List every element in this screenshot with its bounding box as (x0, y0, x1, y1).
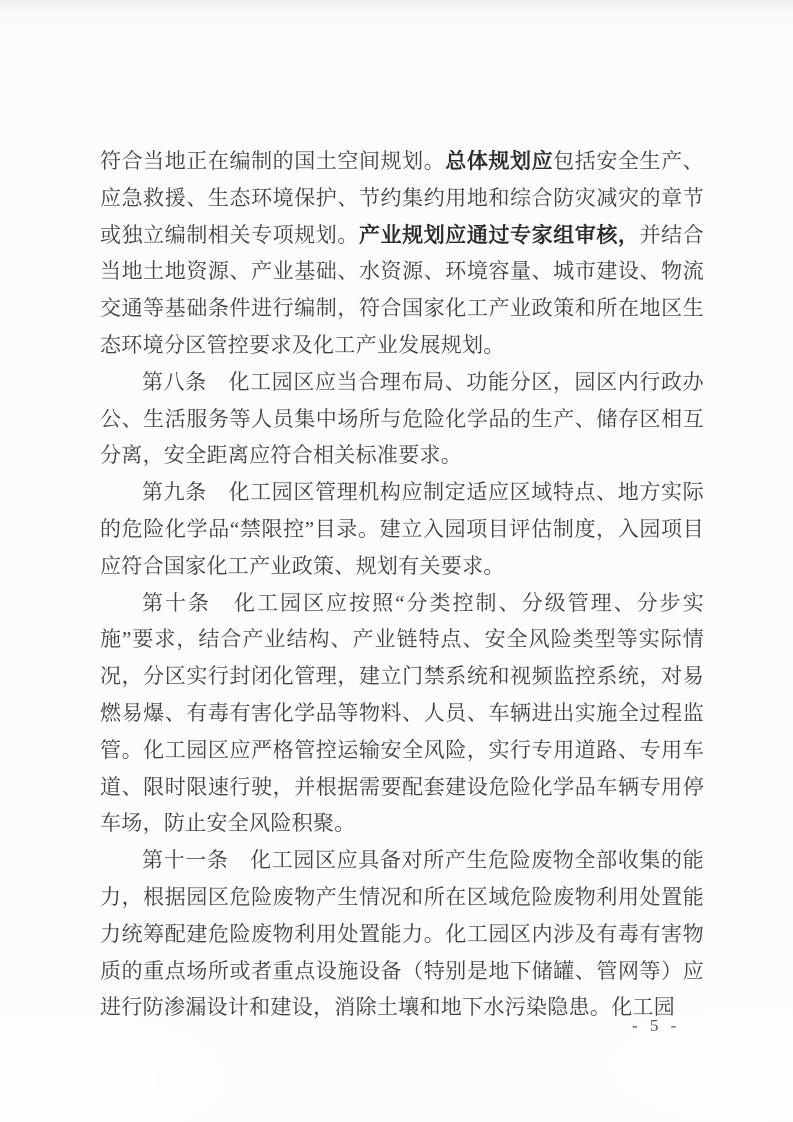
text-segment: 第八条 化工园区应当合理布局、功能分区，园区内行政办公、生活服务等人员集中场所与… (100, 370, 704, 468)
paragraph-article-9: 第九条 化工园区管理机构应制定适应区域特点、地方实际的危险化学品“禁限控”目录。… (100, 474, 704, 584)
text-segment: 第十条 化工园区应按照“分类控制、分级管理、分步实施”要求，结合产业结构、产业链… (100, 591, 704, 836)
paragraph-article-11: 第十一条 化工园区应具备对所产生危险废物全部收集的能力，根据园区危险废物产生情况… (100, 842, 704, 1026)
text-segment: 符合当地正在编制的国土空间规划。 (100, 149, 445, 173)
text-segment: 第九条 化工园区管理机构应制定适应区域特点、地方实际的危险化学品“禁限控”目录。… (100, 480, 704, 578)
bold-text-segment-overall-plan: 总体规划应 (445, 149, 553, 173)
paragraph-article-8: 第八条 化工园区应当合理布局、功能分区，园区内行政办公、生活服务等人员集中场所与… (100, 364, 704, 474)
scanned-document-page: 符合当地正在编制的国土空间规划。总体规划应包括安全生产、应急救援、生态环境保护、… (0, 0, 793, 1122)
bold-text-segment-industry-plan: 产业规划应通过专家组审核， (359, 223, 640, 247)
text-segment: 第十一条 化工园区应具备对所产生危险废物全部收集的能力，根据园区危险废物产生情况… (100, 848, 704, 1019)
page-number: - 5 - (632, 1016, 680, 1036)
paragraph-article-10: 第十条 化工园区应按照“分类控制、分级管理、分步实施”要求，结合产业结构、产业链… (100, 585, 704, 843)
body-text-block: 符合当地正在编制的国土空间规划。总体规划应包括安全生产、应急救援、生态环境保护、… (100, 143, 704, 1026)
paragraph-continuation: 符合当地正在编制的国土空间规划。总体规划应包括安全生产、应急救援、生态环境保护、… (100, 143, 704, 364)
